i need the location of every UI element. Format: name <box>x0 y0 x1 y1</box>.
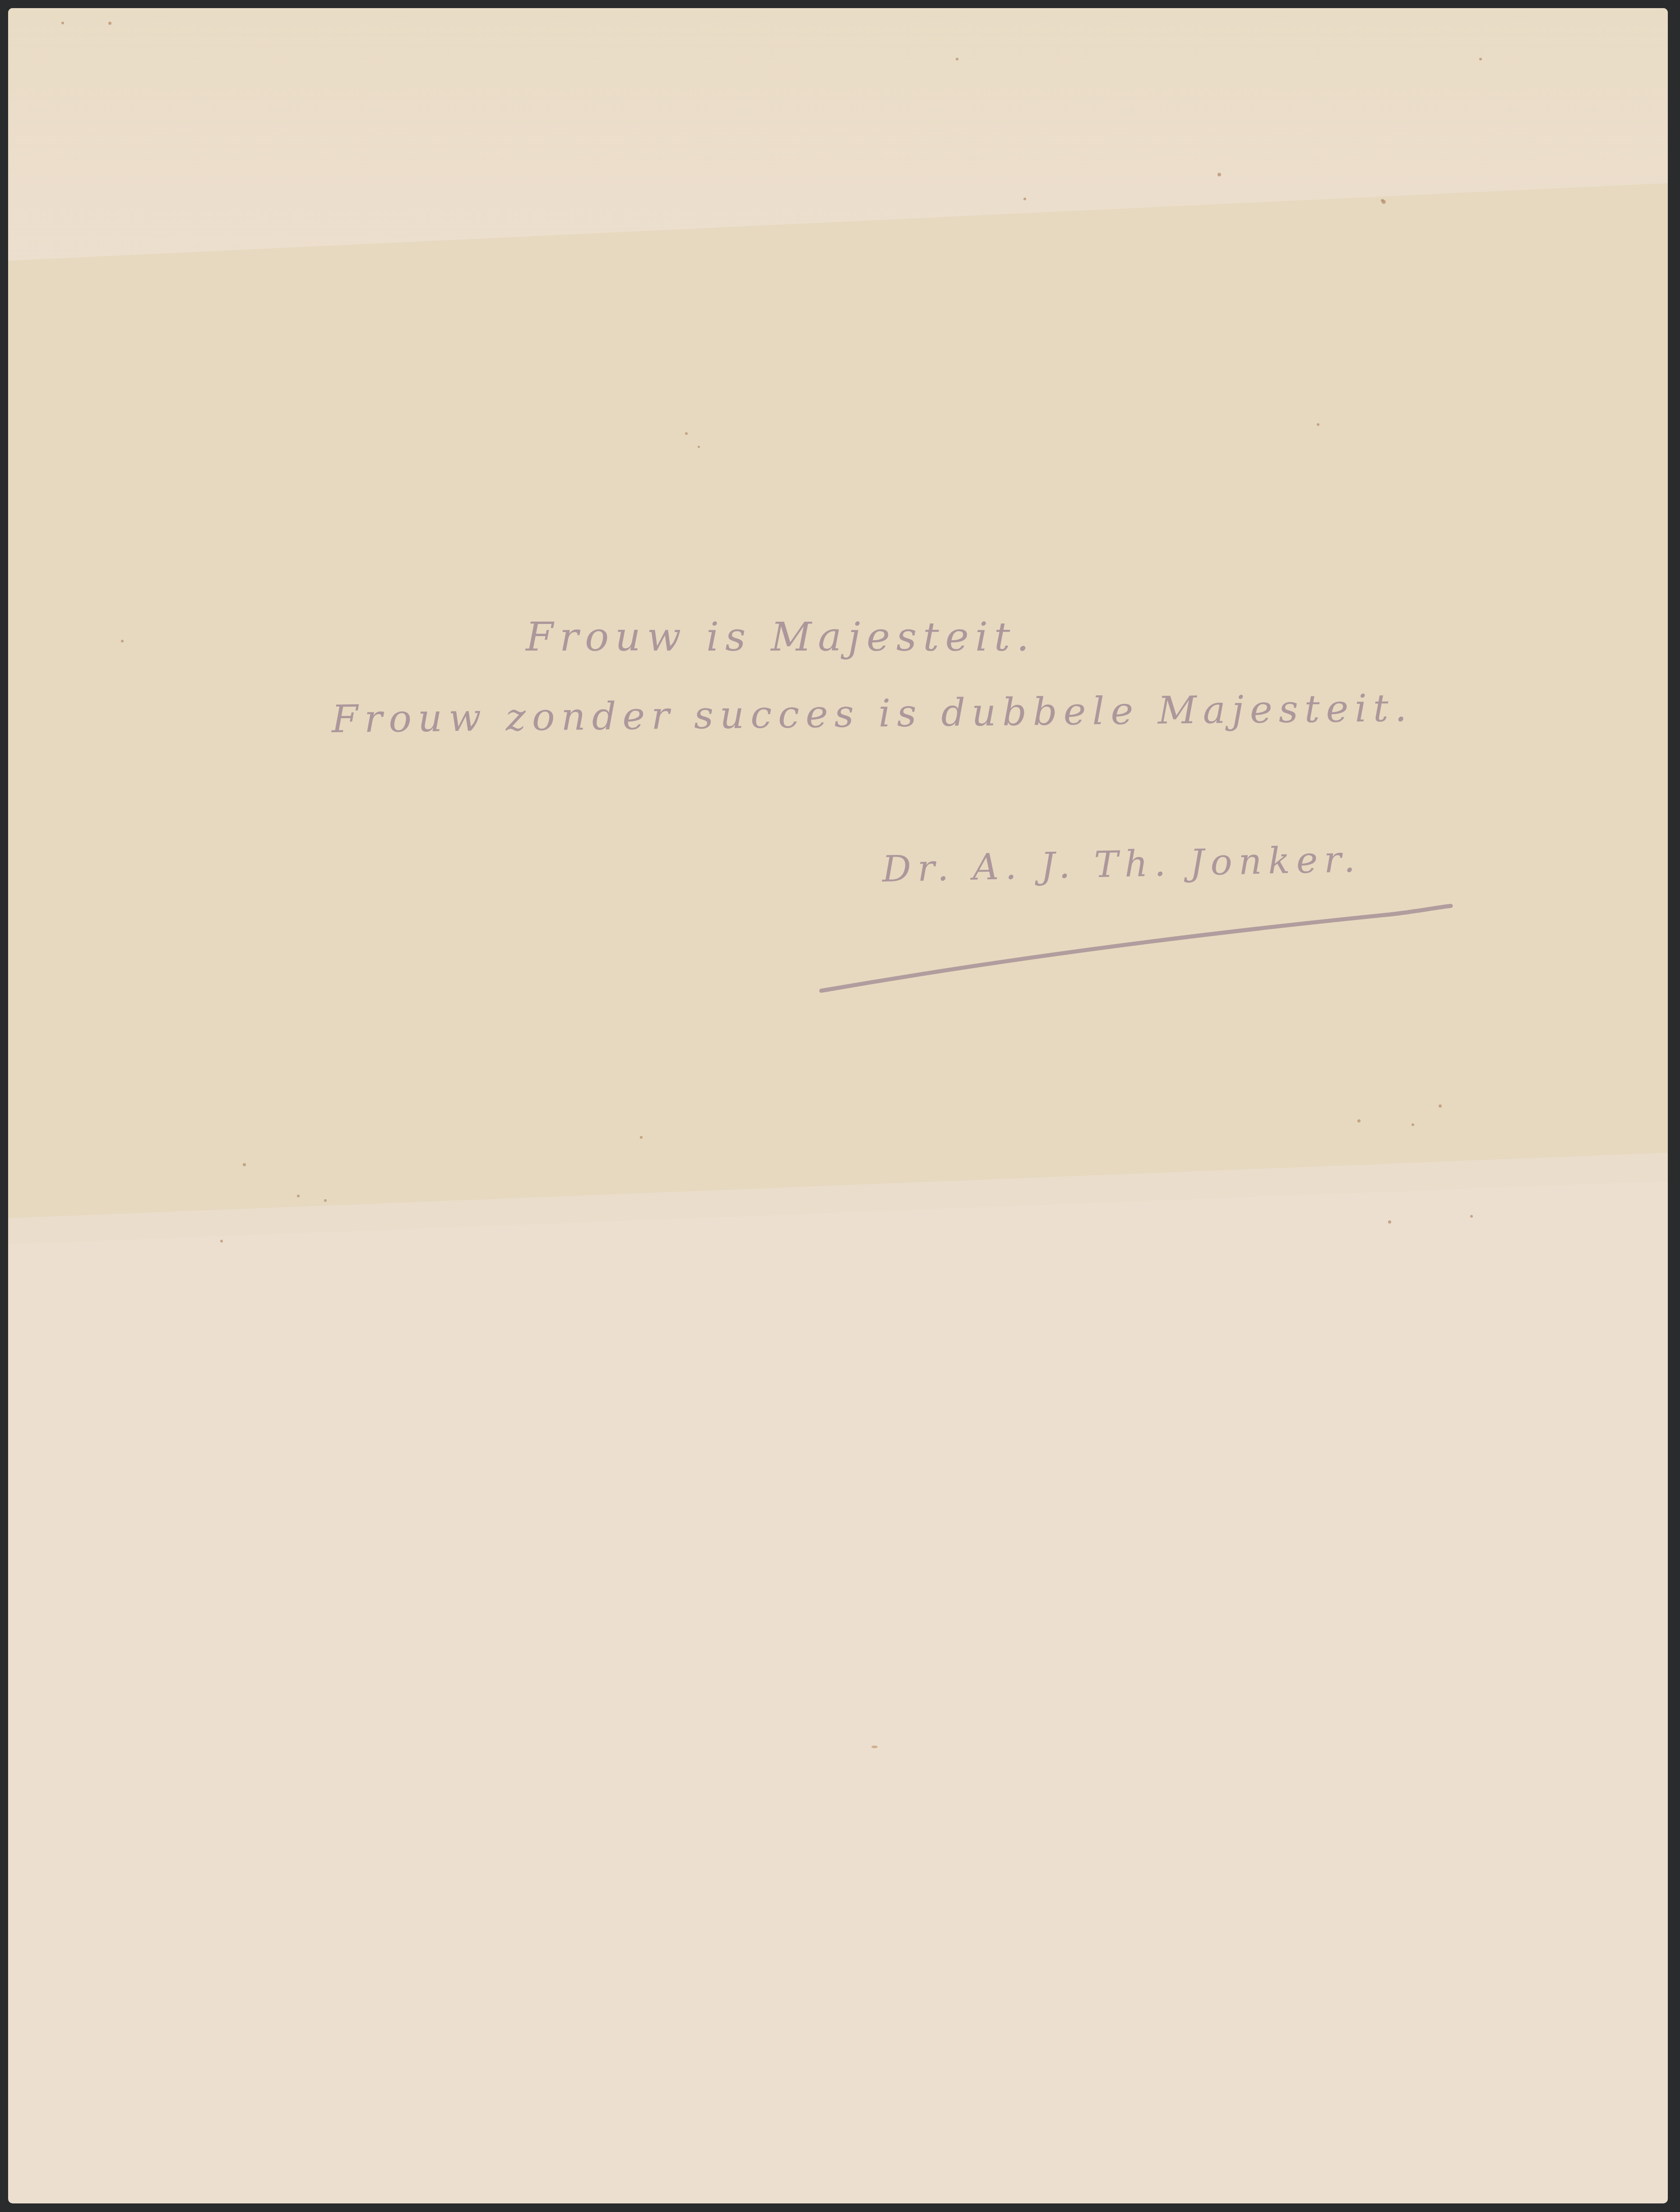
paper-sheet <box>8 8 1668 2203</box>
aged-paper-band <box>8 8 1668 2203</box>
